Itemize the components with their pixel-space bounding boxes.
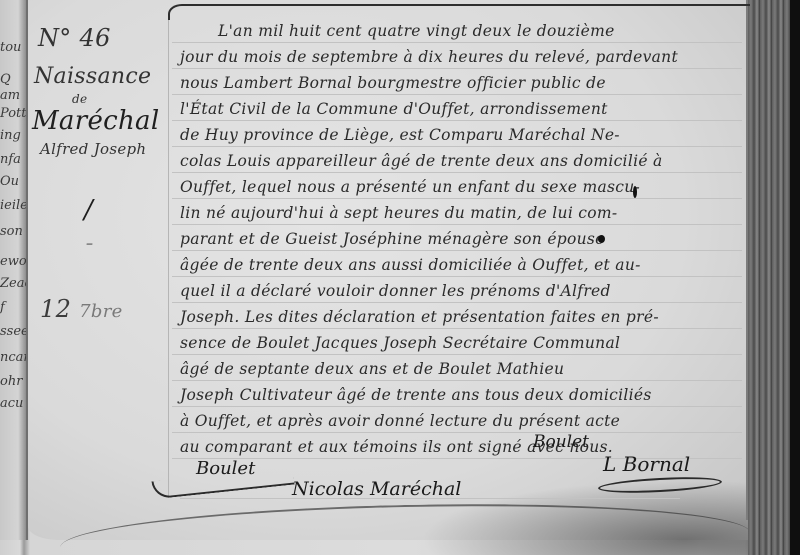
prev-page-fragment: am	[0, 88, 20, 103]
page-shadow	[420, 480, 750, 555]
body-line: Ouffet, lequel nous a présenté un enfant…	[180, 178, 640, 196]
prev-page-fragment: acu	[0, 396, 23, 411]
body-line: de Huy province de Liège, est Comparu Ma…	[180, 126, 620, 144]
prev-page-fragment: f	[0, 300, 5, 315]
prev-page-fragment: Q	[0, 72, 11, 87]
ruled-line	[172, 146, 742, 147]
body-line: colas Louis appareilleur âgé de trente d…	[180, 152, 663, 170]
ink-blot	[633, 186, 637, 198]
signature-witness-2: Boulet	[533, 432, 589, 452]
ruled-line	[172, 328, 742, 329]
body-line: Joseph Cultivateur âgé de trente ans tou…	[180, 386, 652, 404]
prev-page-fragment: nfa	[0, 152, 21, 167]
ruled-line	[172, 250, 742, 251]
body-line: lin né aujourd'hui à sept heures du mati…	[180, 204, 617, 222]
body-line: jour du mois de septembre à dix heures d…	[180, 48, 678, 66]
ruled-line	[172, 224, 742, 225]
prev-page-fragment: son	[0, 224, 23, 239]
ruled-line	[172, 198, 742, 199]
prev-page-fragment: Zeac	[0, 276, 28, 291]
ruled-line	[172, 432, 742, 433]
signature-officer: L Bornal	[603, 452, 690, 476]
ruled-line	[172, 276, 742, 277]
entry-given-names: Alfred Joseph	[40, 140, 146, 158]
prev-page-fragment: ing	[0, 128, 21, 143]
body-line: Joseph. Les dites déclaration et présent…	[180, 308, 659, 326]
ruled-line	[172, 42, 742, 43]
prev-page-fragment: ieile	[0, 198, 28, 213]
top-flourish	[168, 4, 750, 20]
ruled-line	[172, 406, 742, 407]
previous-page-edge: tou Q am Pott ing nfa Ou ieile son ewohr…	[0, 0, 28, 540]
body-line: à Ouffet, et après avoir donné lecture d…	[180, 412, 620, 430]
entry-de: de	[72, 92, 87, 106]
entry-mark: /	[84, 195, 93, 225]
ruled-line	[172, 120, 742, 121]
prev-page-fragment: tou	[0, 40, 21, 55]
prev-page-fragment: ssee	[0, 324, 28, 339]
prev-page-fragment: ncan	[0, 350, 28, 365]
entry-surname: Maréchal	[32, 106, 159, 136]
body-line: sence de Boulet Jacques Joseph Secrétair…	[180, 334, 620, 352]
entry-dash: –	[86, 236, 93, 252]
entry-type: Naissance	[34, 64, 151, 89]
prev-page-fragment: ohr	[0, 374, 22, 389]
prev-page-fragment: Pott	[0, 106, 27, 121]
ruled-line	[172, 68, 742, 69]
body-line: parant et de Gueist Joséphine ménagère s…	[180, 230, 605, 248]
body-line: nous Lambert Bornal bourgmestre officier…	[180, 74, 606, 92]
ruled-line	[172, 302, 742, 303]
margin-rule	[168, 18, 169, 498]
prev-page-fragment: ewohr	[0, 254, 28, 269]
entry-date-day: 12	[40, 295, 71, 323]
body-line: L'an mil huit cent quatre vingt deux le …	[218, 22, 615, 40]
body-line: âgée de trente deux ans aussi domiciliée…	[180, 256, 641, 274]
body-line: âgé de septante deux ans et de Boulet Ma…	[180, 360, 564, 378]
entry-date: 127bre	[40, 295, 123, 323]
body-line: l'État Civil de la Commune d'Ouffet, arr…	[180, 100, 608, 118]
prev-page-fragment: Ou	[0, 174, 19, 189]
ink-blot	[598, 235, 605, 243]
right-margin-rule	[746, 0, 748, 520]
signature-declarant: Nicolas Maréchal	[292, 478, 461, 500]
ruled-line	[172, 94, 742, 95]
ruled-line	[172, 172, 742, 173]
ruled-line	[172, 380, 742, 381]
book-binding	[748, 0, 800, 555]
ruled-line	[172, 354, 742, 355]
entry-date-month: 7bre	[79, 301, 122, 322]
body-line: quel il a déclaré vouloir donner les pré…	[180, 282, 611, 300]
entry-number: N° 46	[38, 24, 111, 52]
